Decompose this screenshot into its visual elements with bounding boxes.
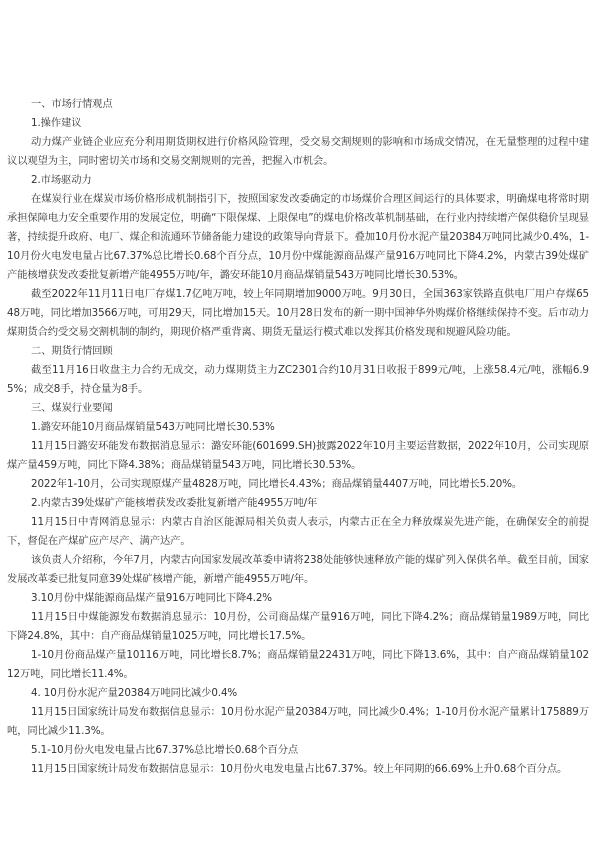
news-paragraph: 11月15日中青网消息显示：内蒙古自治区能源局相关负责人表示，内蒙古正在全力释放… <box>7 513 589 551</box>
section-heading-market-view: 一、市场行情观点 <box>7 95 589 114</box>
paragraph-market-drivers: 在煤炭行业在煤炭市场价格形成机制指引下，按照国家发改委确定的市场煤价合理区间运行… <box>7 190 589 285</box>
news-paragraph: 该负责人介绍称，今年7月，内蒙古向国家发展改革委申请将238处能够快速释放产能的… <box>7 551 589 589</box>
paragraph-operation-advice: 动力煤产业链企业应充分利用期货期权进行价格风险管理，受交易交割规则的影响和市场成… <box>7 133 589 171</box>
news-paragraph: 11月15日国家统计局发布数据信息显示：10月份水泥产量20384万吨，同比减少… <box>7 703 589 741</box>
news-heading-1: 1.潞安环能10月商品煤销量543万吨同比增长30.53% <box>7 418 589 437</box>
section-heading-industry-news: 三、煤炭行业要闻 <box>7 399 589 418</box>
news-paragraph: 11月15日潞安环能发布数据消息显示：潞安环能(601699.SH)披露2022… <box>7 437 589 475</box>
paragraph-futures-review: 截至11月16日收盘主力合约无成交，动力煤期货主力ZC2301合约10月31日收… <box>7 361 589 399</box>
paragraph-coal-stock: 截至2022年11月11日电厂存煤1.7亿吨万吨，较上年同期增加9000万吨。9… <box>7 285 589 342</box>
section-heading-futures-review: 二、期货行情回顾 <box>7 342 589 361</box>
news-paragraph: 11月15日中煤能源发布数据消息显示：10月份，公司商品煤产量916万吨，同比下… <box>7 608 589 646</box>
news-paragraph: 11月15日国家统计局发布数据信息显示：10月份火电发电量占比67.37%。较上… <box>7 760 589 779</box>
news-paragraph: 1-10月份商品煤产量10116万吨，同比增长8.7%；商品煤销量22431万吨… <box>7 646 589 684</box>
news-heading-4: 4. 10月份水泥产量20384万吨同比减少0.4% <box>7 684 589 703</box>
news-heading-5: 5.1-10月份火电发电量占比67.37%总比增长0.68个百分点 <box>7 741 589 760</box>
document-page: 一、市场行情观点 1.操作建议 动力煤产业链企业应充分利用期货期权进行价格风险管… <box>7 95 589 779</box>
subheading-market-drivers: 2.市场驱动力 <box>7 171 589 190</box>
news-paragraph: 2022年1-10月，公司实现原煤产量4828万吨，同比增长4.43%；商品煤销… <box>7 475 589 494</box>
news-heading-3: 3.10月份中煤能源商品煤产量916万吨同比下降4.2% <box>7 589 589 608</box>
news-heading-2: 2.内蒙古39处煤矿产能核增获发改委批复新增产能4955万吨/年 <box>7 494 589 513</box>
subheading-operation-advice: 1.操作建议 <box>7 114 589 133</box>
